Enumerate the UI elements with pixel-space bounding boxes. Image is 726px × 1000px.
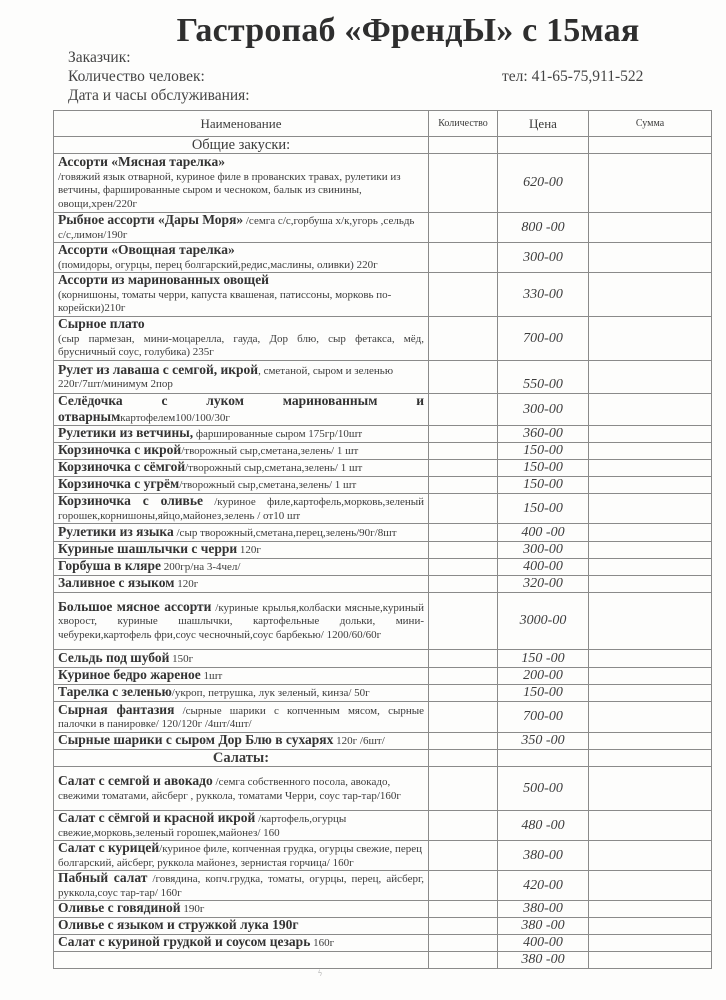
quantity-cell[interactable] (429, 593, 498, 650)
price-cell: 350 -00 (498, 733, 589, 750)
table-row: Корзиночка с сёмгой/творожный сыр,сметан… (54, 460, 712, 477)
dish-name: Салат с куриной грудкой и соусом цезарь (58, 934, 310, 949)
table-row: Заливное с языком 120г320-00 (54, 576, 712, 593)
dish-name: Сырные шарики с сыром Дор Блю в сухарях (58, 732, 333, 747)
item-name-cell: Сырная фантазия /сырные шарики с копченн… (54, 702, 429, 733)
price-cell: 400-00 (498, 559, 589, 576)
dish-details: 120г (174, 578, 198, 590)
price-cell: 150 -00 (498, 650, 589, 668)
item-name-cell: Оливье с говядиной 190г (54, 901, 429, 918)
section-row: Общие закуски: (54, 137, 712, 154)
table-row: Рулетики из языка /сыр творожный,сметана… (54, 524, 712, 542)
price-cell: 320-00 (498, 576, 589, 593)
dish-name: Корзиночка с оливье (58, 493, 203, 508)
dish-name: Рулетики из ветчины, (58, 425, 193, 440)
quantity-cell[interactable] (429, 213, 498, 243)
item-name-cell: Рыбное ассорти «Дары Моря» /семга с/с,го… (54, 213, 429, 243)
dish-name: Сырное плато (58, 316, 145, 331)
table-row: Селёдочка с луком маринованным и отварны… (54, 394, 712, 426)
sum-cell[interactable] (589, 494, 712, 524)
item-name-cell: Корзиночка с икрой/творожный сыр,сметана… (54, 443, 429, 460)
dish-name: Салат с семгой и авокадо (58, 773, 213, 788)
dish-details: (корнишоны, томаты черри, капуста квашен… (58, 289, 391, 315)
dish-name: Оливье с языком и стружкой лука 190г (58, 917, 299, 932)
item-name-cell: Салат с курицей/куриное филе, копченная … (54, 841, 429, 871)
dish-details: /укроп, петрушка, лук зеленый, кинза/ 50… (172, 687, 370, 699)
table-row: Салат с курицей/куриное филе, копченная … (54, 841, 712, 871)
dish-details: 200гр/на 3-4чел/ (161, 561, 240, 573)
table-row: Салат с куриной грудкой и соусом цезарь … (54, 935, 712, 952)
item-name-cell: Корзиночка с оливье /куриное филе,картоф… (54, 494, 429, 524)
sum-cell[interactable] (589, 426, 712, 443)
price-cell: 200-00 (498, 668, 589, 685)
table-row: Куриное бедро жареное 1шт200-00 (54, 668, 712, 685)
dish-details: /творожный сыр,сметана,зелень/ 1 шт (179, 479, 356, 491)
dish-details: /творожный сыр,сметана,зелень/ 1 шт (181, 445, 358, 457)
table-row: Оливье с языком и стружкой лука 190г380 … (54, 918, 712, 935)
quantity-cell[interactable] (429, 460, 498, 477)
quantity-cell[interactable] (429, 871, 498, 901)
sum-cell[interactable] (589, 524, 712, 542)
sum-cell[interactable] (589, 811, 712, 841)
table-row: Корзиночка с оливье /куриное филе,картоф… (54, 494, 712, 524)
people-count-label: Количество человек: (68, 68, 205, 86)
quantity-cell[interactable] (429, 443, 498, 460)
date-time-label: Дата и часы обслуживания: (68, 87, 250, 105)
price-cell: 700-00 (498, 702, 589, 733)
price-cell: 3000-00 (498, 593, 589, 650)
table-row: Рулетики из ветчины, фаршированные сыром… (54, 426, 712, 443)
phone-number: тел: 41-65-75,911-522 (502, 68, 643, 86)
quantity-cell[interactable] (429, 685, 498, 702)
header-sum: Сумма (589, 111, 712, 137)
sum-cell[interactable] (589, 213, 712, 243)
item-name-cell: Корзиночка с сёмгой/творожный сыр,сметан… (54, 460, 429, 477)
item-name-cell: Куриные шашлычки с черри 120г (54, 542, 429, 559)
header-price: Цена (498, 111, 589, 137)
quantity-cell[interactable] (429, 154, 498, 213)
sum-cell[interactable] (589, 542, 712, 559)
item-name-cell: Рулет из лаваша с семгой, икрой, сметано… (54, 361, 429, 394)
dish-name: Сырная фантазия (58, 702, 174, 717)
item-name-cell: Куриное бедро жареное 1шт (54, 668, 429, 685)
section-row: Салаты: (54, 750, 712, 767)
dish-details: 150г (169, 653, 193, 665)
sum-cell[interactable] (589, 841, 712, 871)
sum-cell[interactable] (589, 273, 712, 317)
section-title: Салаты: (54, 750, 429, 767)
table-row: Сырные шарики с сыром Дор Блю в сухарях … (54, 733, 712, 750)
quantity-cell[interactable] (429, 524, 498, 542)
table-row: Сырное плато(сыр пармезан, мини-моцарелл… (54, 317, 712, 361)
item-name-cell (54, 952, 429, 969)
price-cell: 380-00 (498, 841, 589, 871)
dish-name: Большое мясное ассорти (58, 599, 211, 614)
table-row: Горбуша в кляре 200гр/на 3-4чел/400-00 (54, 559, 712, 576)
sum-cell[interactable] (589, 243, 712, 273)
dish-name: Ассорти из маринованных овощей (58, 272, 269, 287)
quantity-cell[interactable] (429, 935, 498, 952)
item-name-cell: Салат с куриной грудкой и соусом цезарь … (54, 935, 429, 952)
table-header-row: Наименование Количество Цена Сумма (54, 111, 712, 137)
table-row: Оливье с говядиной 190г380-00 (54, 901, 712, 918)
quantity-cell[interactable] (429, 243, 498, 273)
dish-details: /говяжий язык отварной, куриное филе в п… (58, 171, 401, 210)
customer-label: Заказчик: (68, 49, 131, 67)
header-name: Наименование (54, 111, 429, 137)
price-cell (498, 750, 589, 767)
table-row: Сырная фантазия /сырные шарики с копченн… (54, 702, 712, 733)
item-name-cell: Ассорти из маринованных овощей(корнишоны… (54, 273, 429, 317)
price-cell: 480 -00 (498, 811, 589, 841)
item-name-cell: Оливье с языком и стружкой лука 190г (54, 918, 429, 935)
dish-details: 160г (310, 937, 334, 949)
price-cell: 300-00 (498, 542, 589, 559)
price-cell: 300-00 (498, 394, 589, 426)
table-row: Пабный салат /говядина, копч.грудка, том… (54, 871, 712, 901)
item-name-cell: Рулетики из ветчины, фаршированные сыром… (54, 426, 429, 443)
dish-details: картофелем100/100/30г (120, 412, 230, 424)
dish-name: Куриные шашлычки с черри (58, 541, 237, 556)
price-cell: 420-00 (498, 871, 589, 901)
dish-details: 120г (237, 544, 261, 556)
sum-cell[interactable] (589, 154, 712, 213)
dish-name: Заливное с языком (58, 575, 174, 590)
quantity-cell[interactable] (429, 477, 498, 494)
item-name-cell: Сырное плато(сыр пармезан, мини-моцарелл… (54, 317, 429, 361)
quantity-cell[interactable] (429, 841, 498, 871)
sum-cell[interactable] (589, 443, 712, 460)
dish-name: Горбуша в кляре (58, 558, 161, 573)
sum-cell[interactable] (589, 901, 712, 918)
item-name-cell: Селёдочка с луком маринованным и отварны… (54, 394, 429, 426)
sum-cell[interactable] (589, 317, 712, 361)
sum-cell[interactable] (589, 871, 712, 901)
table-row: Тарелка с зеленью/укроп, петрушка, лук з… (54, 685, 712, 702)
table-row: Ассорти «Мясная тарелка»/говяжий язык от… (54, 154, 712, 213)
price-cell (498, 137, 589, 154)
dish-name: Рулет из лаваша с семгой, икрой (58, 362, 258, 377)
dish-name: Ассорти «Мясная тарелка» (58, 154, 225, 169)
section-title: Общие закуски: (54, 137, 429, 154)
sum-cell[interactable] (589, 918, 712, 935)
table-body: Общие закуски:Ассорти «Мясная тарелка»/г… (54, 137, 712, 969)
sum-cell[interactable] (589, 668, 712, 685)
sum-cell[interactable] (589, 702, 712, 733)
quantity-cell[interactable] (429, 952, 498, 969)
quantity-cell[interactable] (429, 361, 498, 394)
sum-cell[interactable] (589, 767, 712, 811)
quantity-cell[interactable] (429, 494, 498, 524)
item-name-cell: Пабный салат /говядина, копч.грудка, том… (54, 871, 429, 901)
price-cell: 150-00 (498, 477, 589, 494)
dish-name: Салат с курицей (58, 840, 159, 855)
dish-details: (помидоры, огурцы, перец болгарский,реди… (58, 259, 378, 271)
item-name-cell: Сырные шарики с сыром Дор Блю в сухарях … (54, 733, 429, 750)
dish-name: Оливье с говядиной (58, 900, 181, 915)
quantity-cell[interactable] (429, 750, 498, 767)
item-name-cell: Заливное с языком 120г (54, 576, 429, 593)
dish-name: Корзиночка с сёмгой (58, 459, 185, 474)
quantity-cell[interactable] (429, 733, 498, 750)
item-name-cell: Салат с сёмгой и красной икрой /картофел… (54, 811, 429, 841)
quantity-cell[interactable] (429, 702, 498, 733)
dish-name: Сельдь под шубой (58, 650, 169, 665)
dish-name: Тарелка с зеленью (58, 684, 172, 699)
dish-details: (сыр пармезан, мини-моцарелла, гауда, До… (58, 333, 424, 359)
item-name-cell: Тарелка с зеленью/укроп, петрушка, лук з… (54, 685, 429, 702)
price-cell: 150-00 (498, 494, 589, 524)
table-row: Куриные шашлычки с черри 120г300-00 (54, 542, 712, 559)
item-name-cell: Большое мясное ассорти /куриные крылья,к… (54, 593, 429, 650)
price-cell: 400-00 (498, 935, 589, 952)
header-quantity: Количество (429, 111, 498, 137)
price-cell: 150-00 (498, 685, 589, 702)
item-name-cell: Рулетики из языка /сыр творожный,сметана… (54, 524, 429, 542)
table-row: 380 -00 (54, 952, 712, 969)
table-row: Салат с сёмгой и красной икрой /картофел… (54, 811, 712, 841)
dish-details: /творожный сыр,сметана,зелень/ 1 шт (185, 462, 362, 474)
price-cell: 330-00 (498, 273, 589, 317)
table-row: Рыбное ассорти «Дары Моря» /семга с/с,го… (54, 213, 712, 243)
item-name-cell: Сельдь под шубой 150г (54, 650, 429, 668)
sum-cell[interactable] (589, 650, 712, 668)
item-name-cell: Салат с семгой и авокадо /семга собствен… (54, 767, 429, 811)
table-row: Ассорти «Овощная тарелка»(помидоры, огур… (54, 243, 712, 273)
dish-name: Рыбное ассорти «Дары Моря» (58, 212, 243, 227)
quantity-cell[interactable] (429, 542, 498, 559)
price-cell: 300-00 (498, 243, 589, 273)
table-row: Рулет из лаваша с семгой, икрой, сметано… (54, 361, 712, 394)
sum-cell[interactable] (589, 460, 712, 477)
price-cell: 620-00 (498, 154, 589, 213)
dish-details: 120г /6шт/ (333, 735, 384, 747)
quantity-cell[interactable] (429, 650, 498, 668)
sum-cell[interactable] (589, 576, 712, 593)
dish-details: 190г (181, 903, 205, 915)
sum-cell[interactable] (589, 935, 712, 952)
dish-name: Корзиночка с икрой (58, 442, 181, 457)
dish-name: Селёдочка с луком маринованным и отварны… (58, 393, 424, 424)
price-cell: 150-00 (498, 460, 589, 477)
quantity-cell[interactable] (429, 426, 498, 443)
quantity-cell[interactable] (429, 559, 498, 576)
price-cell: 800 -00 (498, 213, 589, 243)
dish-details: /сыр творожный,сметана,перец,зелень/90г/… (174, 527, 397, 539)
sum-cell[interactable] (589, 593, 712, 650)
dish-name: Куриное бедро жареное (58, 667, 201, 682)
quantity-cell[interactable] (429, 576, 498, 593)
quantity-cell[interactable] (429, 273, 498, 317)
quantity-cell[interactable] (429, 394, 498, 426)
dish-name: Корзиночка с угрём (58, 476, 179, 491)
sum-cell[interactable] (589, 685, 712, 702)
dish-details: 1шт (201, 670, 223, 682)
price-cell: 400 -00 (498, 524, 589, 542)
sum-cell[interactable] (589, 733, 712, 750)
quantity-cell[interactable] (429, 901, 498, 918)
quantity-cell[interactable] (429, 317, 498, 361)
table-row: Салат с семгой и авокадо /семга собствен… (54, 767, 712, 811)
dish-name: Ассорти «Овощная тарелка» (58, 242, 235, 257)
quantity-cell[interactable] (429, 918, 498, 935)
price-cell: 550-00 (498, 361, 589, 394)
sum-cell[interactable] (589, 361, 712, 394)
item-name-cell: Ассорти «Овощная тарелка»(помидоры, огур… (54, 243, 429, 273)
dish-name: Салат с сёмгой и красной икрой (58, 810, 255, 825)
table-row: Сельдь под шубой 150г150 -00 (54, 650, 712, 668)
sum-cell[interactable] (589, 137, 712, 154)
document-title: Гастропаб «ФрендЫ» с 15мая (0, 12, 726, 50)
price-cell: 380 -00 (498, 952, 589, 969)
quantity-cell[interactable] (429, 137, 498, 154)
order-table: Наименование Количество Цена Сумма Общие… (53, 110, 712, 969)
sum-cell[interactable] (589, 559, 712, 576)
price-cell: 360-00 (498, 426, 589, 443)
pen-mark: ϟ (318, 968, 322, 978)
table-row: Корзиночка с угрём/творожный сыр,сметана… (54, 477, 712, 494)
quantity-cell[interactable] (429, 811, 498, 841)
sum-cell[interactable] (589, 750, 712, 767)
dish-name: Рулетики из языка (58, 524, 174, 539)
item-name-cell: Корзиночка с угрём/творожный сыр,сметана… (54, 477, 429, 494)
sum-cell[interactable] (589, 477, 712, 494)
price-cell: 380-00 (498, 901, 589, 918)
dish-name: Пабный салат (58, 870, 147, 885)
table-row: Ассорти из маринованных овощей(корнишоны… (54, 273, 712, 317)
sum-cell[interactable] (589, 394, 712, 426)
item-name-cell: Ассорти «Мясная тарелка»/говяжий язык от… (54, 154, 429, 213)
table-row: Корзиночка с икрой/творожный сыр,сметана… (54, 443, 712, 460)
price-cell: 380 -00 (498, 918, 589, 935)
table-row: Большое мясное ассорти /куриные крылья,к… (54, 593, 712, 650)
sum-cell[interactable] (589, 952, 712, 969)
price-cell: 150-00 (498, 443, 589, 460)
dish-details: фаршированные сыром 175гр/10шт (193, 428, 362, 440)
quantity-cell[interactable] (429, 668, 498, 685)
quantity-cell[interactable] (429, 767, 498, 811)
price-cell: 700-00 (498, 317, 589, 361)
item-name-cell: Горбуша в кляре 200гр/на 3-4чел/ (54, 559, 429, 576)
price-cell: 500-00 (498, 767, 589, 811)
